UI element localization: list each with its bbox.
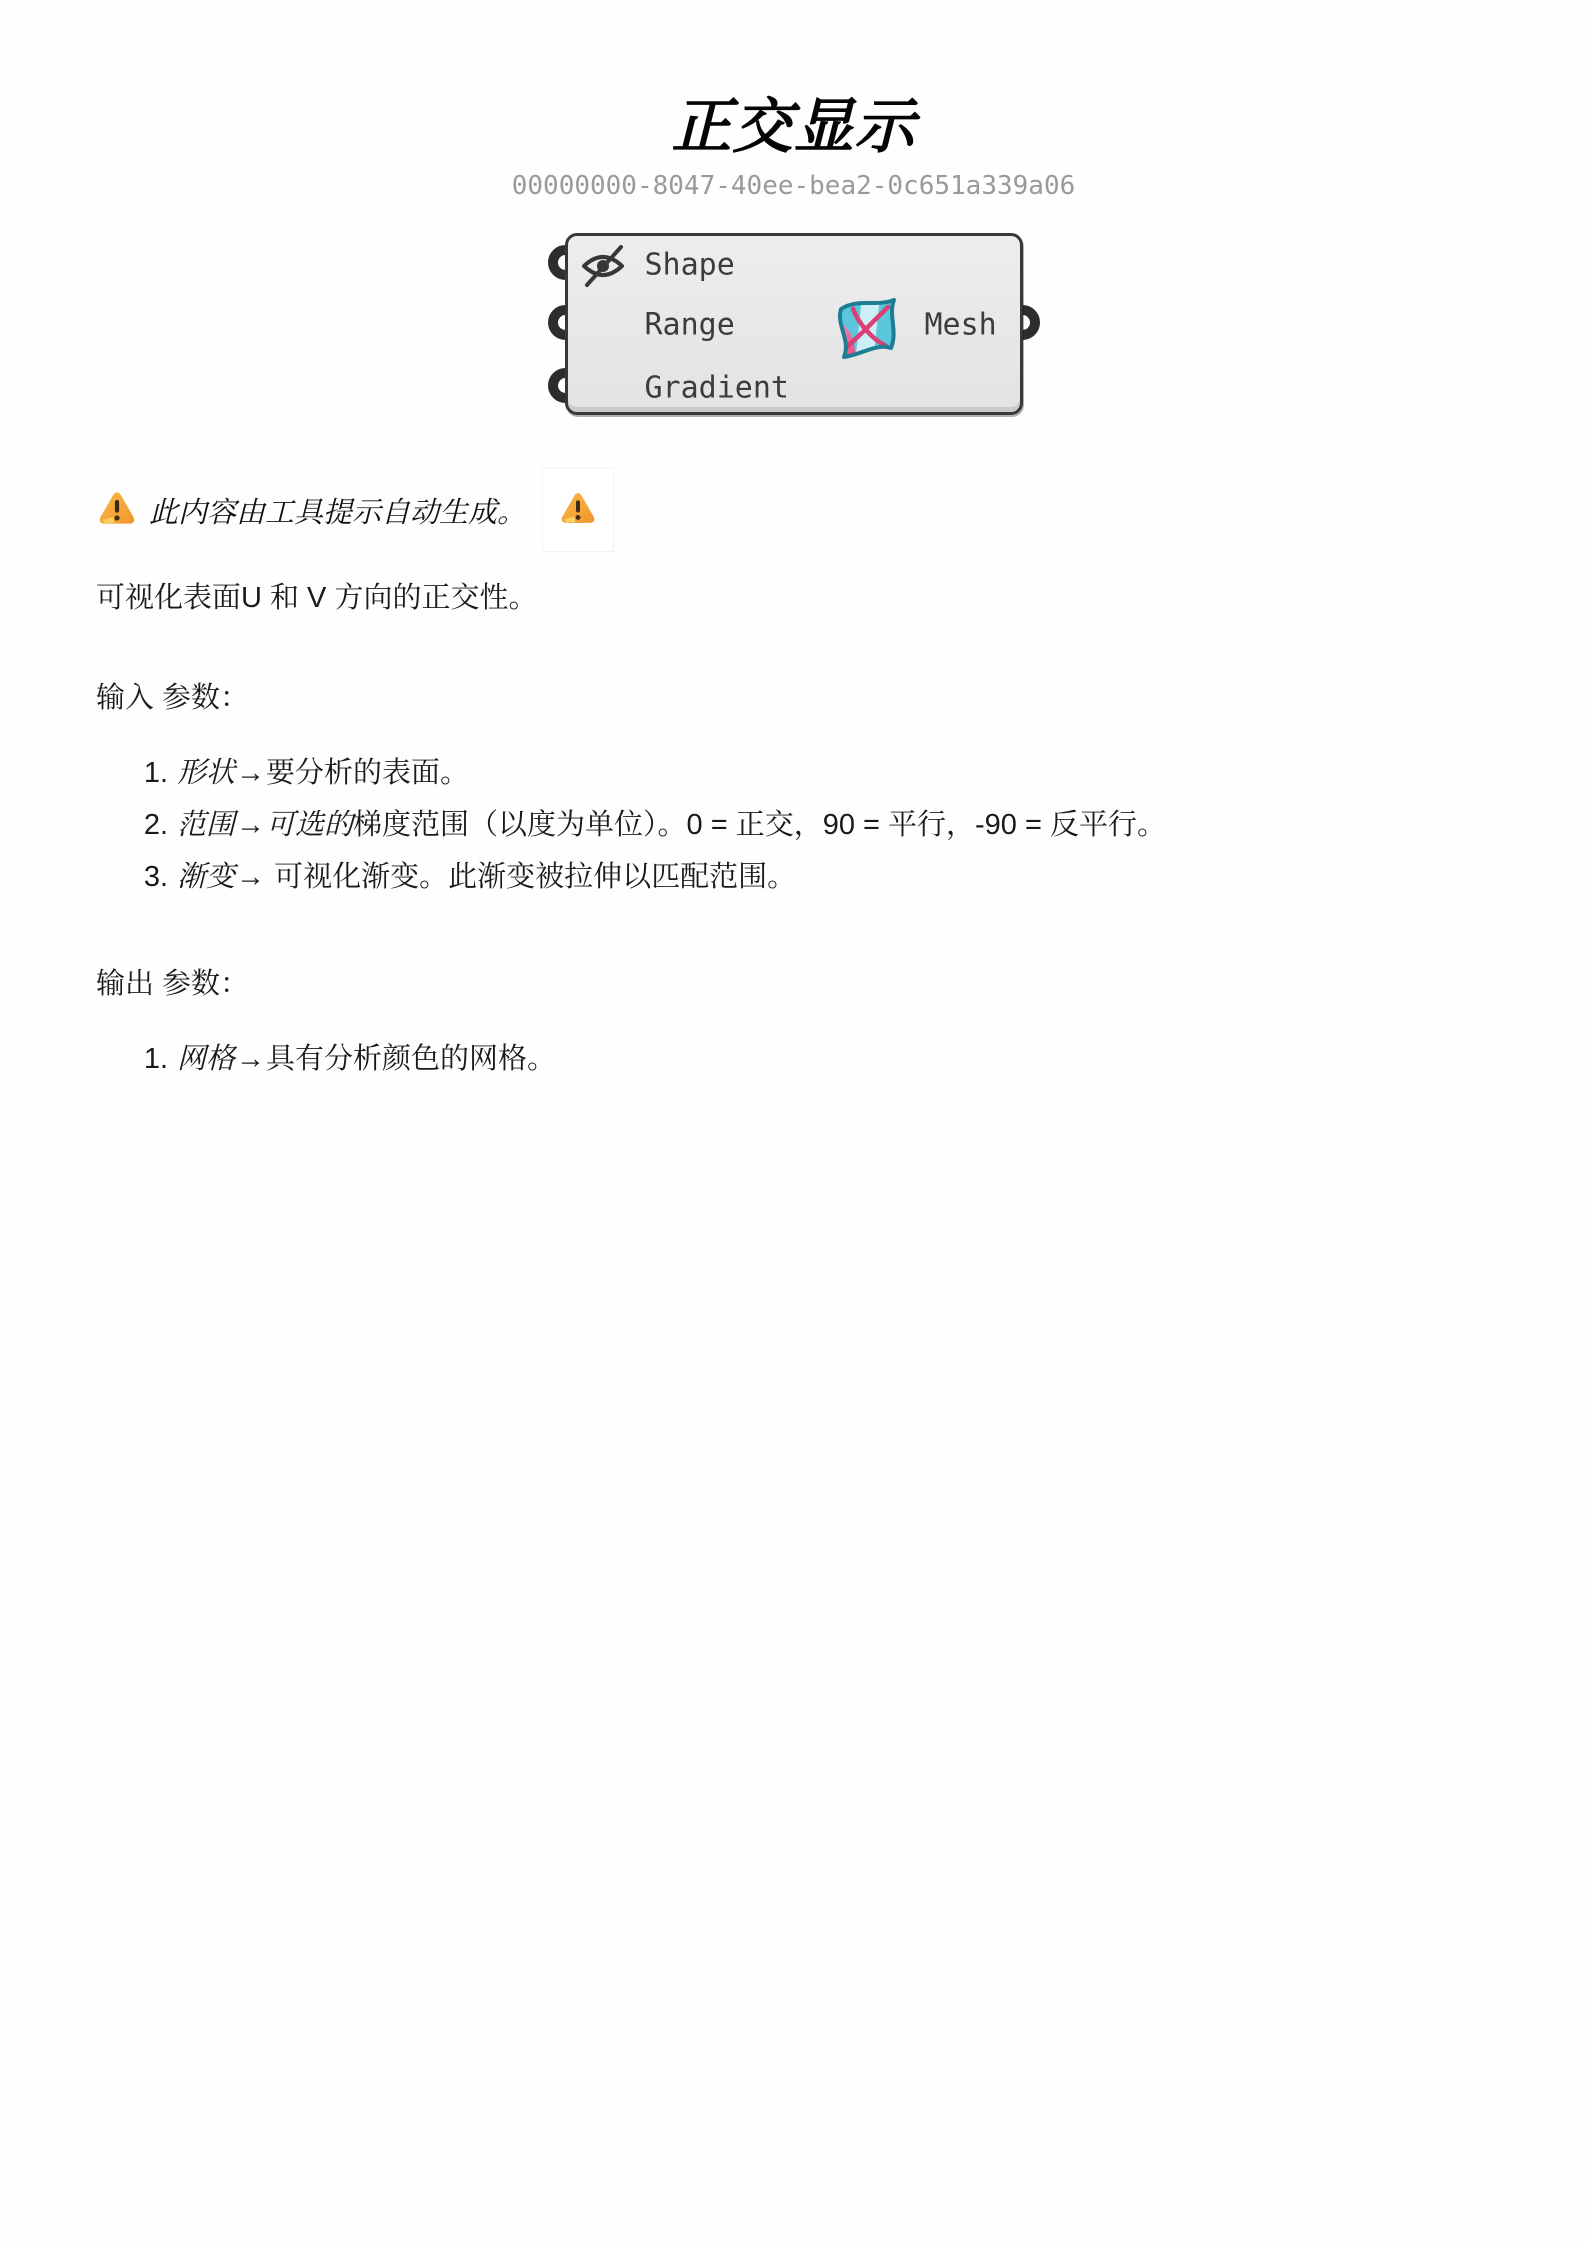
list-item-input-gradient: 3.渐变→ 可视化渐变。此渐变被拉伸以匹配范围。 [138,851,1547,903]
param-term: 渐变 [177,861,235,893]
param-term: 范围 [177,809,235,841]
list-number: 2. [138,799,168,851]
list-item-input-range: 2.范围→可选的梯度范围（以度为单位）。0 = 正交，90 = 平行，-90 =… [138,799,1547,851]
arrow-glyph: → [235,1043,266,1075]
warning-triangle-icon [560,490,596,531]
page-title: 正交显示 [0,92,1587,161]
outputs-heading: 输出 参数： [96,965,1587,1003]
list-number: 1. [138,747,168,799]
warning-image-placeholder [543,469,613,551]
arrow-glyph: → [235,757,266,789]
auto-generated-warning: 此内容由工具提示自动生成。 [98,469,1587,551]
param-desc: 可视化渐变。此渐变被拉伸以匹配范围。 [266,861,796,893]
param-desc: 具有分析颜色的网格。 [266,1043,556,1075]
input-label-shape: Shape [645,248,735,283]
param-term: 形状 [177,757,235,789]
param-term: 网格 [177,1043,235,1075]
input-label-gradient: Gradient [645,371,790,406]
warning-triangle-icon [98,489,136,532]
arrow-glyph: → [235,809,266,841]
arrow-glyph: → [235,861,266,893]
list-item-output-mesh: 1.网格→具有分析颜色的网格。 [138,1033,1547,1085]
component-guid: 00000000-8047-40ee-bea2-0c651a339a06 [0,169,1587,203]
inputs-heading: 输入 参数： [96,679,1587,717]
list-number: 3. [138,851,168,903]
list-number: 1. [138,1033,168,1085]
output-params-list: 1.网格→具有分析颜色的网格。 [0,1033,1587,1085]
component-capsule: Shape Range Gradient [565,233,1023,415]
input-params-list: 1.形状→要分析的表面。 2.范围→可选的梯度范围（以度为单位）。0 = 正交，… [0,747,1587,903]
param-desc: 梯度范围（以度为单位）。0 = 正交，90 = 平行，-90 = 反平行。 [353,809,1166,841]
ortho-display-icon [832,294,902,369]
warning-text: 此内容由工具提示自动生成。 [149,490,526,531]
param-desc: 要分析的表面。 [266,757,469,789]
list-item-input-shape: 1.形状→要分析的表面。 [138,747,1547,799]
output-label-mesh: Mesh [925,308,997,343]
hidden-eye-icon [578,240,628,295]
input-label-range: Range [645,308,735,343]
component-description: 可视化表面U 和 V 方向的正交性。 [96,579,1587,617]
component-diagram: Shape Range Gradient [565,233,1023,415]
param-term2: 可选的 [266,809,353,841]
